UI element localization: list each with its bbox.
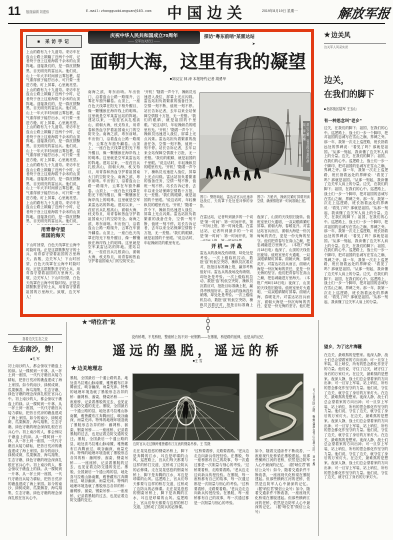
bottom-col-3: 如今，随着交通条件不断改善，一座座现代化桥梁在墨脱建起。但那些横跨江河的老桥，依… xyxy=(255,449,310,535)
article-subhead: 开 机 ＝ 开 战 xyxy=(200,243,253,250)
newspaper-page: 11 版面编辑 刘建伟 E-mail:zhongguobianguan@163.… xyxy=(0,0,393,540)
star-icon-geo: ★ xyxy=(71,366,76,372)
bottom-story-intro: 没有桥墩，不见桥桩，整座桥上找不到一丝钢筋——在墨脱，桥是路的延伸，也是兵的记忆 xyxy=(85,334,310,339)
bottom-col-1: 走在晃晃悠悠的钢索吊桥上，脚下是奔腾的江水，耳边是呼啸的山风。巡逻路上，官兵们每… xyxy=(133,449,188,535)
arrow-icon: ➤ xyxy=(252,41,255,46)
star-icon-right: ★ xyxy=(324,32,330,39)
photo-caption-1: 图①：警报响起，雷达站官兵迅速奔赴战位，天线罩下处处是冲锋的身影。 xyxy=(200,195,253,212)
poem-title-line1: 边关， xyxy=(324,74,349,86)
right-subhead-2: 望乡，为了这片海疆 xyxy=(324,344,388,350)
radar-station-photo: 高山之巅，官兵闻令奔向战位。李 明摄 xyxy=(200,93,310,192)
right-column-subtitle: 边关军人风采实录 xyxy=(324,43,386,49)
photo-caption-2: 图②：方舱内，操纵员紧盯屏幕判读空情，确保情报第一时间准确上报。 xyxy=(257,195,310,212)
article-col-b: “开机！”随着一声令下，操纵员迅速进入战位，屏幕上光点闪烁。雷达站担负着繁重的战… xyxy=(144,90,196,308)
right-column-label: 边关风 xyxy=(331,32,350,39)
road-photo xyxy=(257,374,303,440)
date-line: 2019年8月19日 星期一 xyxy=(262,9,298,14)
ornament-divider xyxy=(203,317,213,333)
right-subhead-1: 有一种思念叫“老乡” xyxy=(324,118,388,124)
main-headline: 面朝大海，这里有我的凝望 xyxy=(87,48,309,74)
photo-credit-vertical: 高山之巅，官兵闻令奔向战位。李 明摄 xyxy=(301,123,309,169)
sidebar-quote: 用青春守望 祖国的海天 xyxy=(26,228,80,240)
masthead-rule xyxy=(8,23,385,24)
shaoweijun-label: “哨位君”说 xyxy=(88,320,115,326)
sidebar-header-box: ■ 采访手记 xyxy=(26,35,82,48)
banner-line-1: 庆祝中华人民共和国成立70周年 xyxy=(88,32,200,39)
sidebar-text-2: 下山时回望，白色天线罩在云海中时隐时现。正是这群默默坚守的士兵，用青春守望着祖国… xyxy=(26,243,80,307)
poem-title-line2: 在我们的脚下 xyxy=(324,88,374,100)
main-byline: ■刘汉宝 林 涛 本报特约记者 胡勇华 xyxy=(87,77,309,82)
right-column-byline: ■北部战区陆军 王玉山 xyxy=(324,106,357,111)
bottom-story-headline: 遥远的墨脱，遥远的桥 xyxy=(85,340,310,359)
bridge-photo-caption: 边防官兵走过横跨雅鲁藏布江支流的钢索吊桥。王 雪摄 xyxy=(133,442,253,447)
right-para-1: 边关，在我们的脚下；祖国，在我们的心中。巡逻路上，战士们一步一个脚印，把对祖国的… xyxy=(324,126,388,340)
email-line: E-mail:zhongguobianguan@163.com xyxy=(86,9,151,13)
right-para-2: 在边关，最难熬的是想家。夜深人静，战士们总会望着家的方向出神；可一旦穿上军装、站… xyxy=(324,353,388,536)
editor-note: 版面编辑 刘建伟 xyxy=(26,9,49,14)
geo-column-header: ★边关地理志 xyxy=(71,365,102,372)
bottom-col-2: “过桥要看桥，走路要看路。”老兵边走边向新兵传授经验。在墨脱，每一座桥都有自己的… xyxy=(194,449,249,535)
geo-label: 边关地理志 xyxy=(77,366,102,372)
radome xyxy=(231,116,285,170)
banner-kicker: 探访“粤东前哨”某雷达站 xyxy=(204,34,308,40)
geo-column-text: 墨脱，全国最后一个通公路的县，地处喜马拉雅山脉南麓，雅鲁藏布江奔腾而过，峡谷幽深… xyxy=(70,376,128,536)
bottom-left-text: 初上南沙的人，都会惊叹于礁盘上的绿。从一棵树到一片林，从一抔土到一座园，一代代守… xyxy=(8,364,62,534)
bottom-left-headline: 生态南沙，赞！ xyxy=(8,344,62,353)
bridge-photo-art xyxy=(133,374,239,440)
bottom-left-byline: ■孔 军 xyxy=(8,356,62,361)
article-col-c1: 在雷达站，记者听到最多的一个词是“第一时间”：第一时间开机、第一时间上报、第一时… xyxy=(200,215,253,241)
page-number: 11 xyxy=(8,4,21,18)
road-photo-art xyxy=(257,374,303,440)
article-col-d: 夜深了，山顶的天线依旧旋转。值班室里灯火通明，一双双眼睛紧盯屏幕。面朝大海，春暖… xyxy=(257,215,310,308)
right-column-header: ★边关风 xyxy=(324,30,350,39)
anniversary-banner: 庆祝中华人民共和国成立70周年 —— 空军边关纪行 —— xyxy=(88,31,200,44)
newspaper-logo: 解放军报 xyxy=(335,3,393,22)
star-icon: ★ xyxy=(82,320,87,326)
banner-line-2: —— 空军边关纪行 —— xyxy=(88,39,200,43)
radar-photo-art xyxy=(200,93,310,192)
section-title: 中国边关 xyxy=(152,2,262,23)
article-col-c2: 雷达兵的战场没有硝烟，却处处是考验。一次上级临机拉动，数批“敌”机低空突防，操纵… xyxy=(200,251,253,308)
column-divider-left xyxy=(66,322,67,536)
sidebar-text-1: 上山的路有九十九道弯。采访车在盘山公路上颠簸了近两个小时，记者终于登上这座海拔千… xyxy=(26,50,80,225)
bridge-photo xyxy=(133,374,239,440)
column-divider-right xyxy=(318,320,319,536)
shaoweijun-column-header: ★“哨位君”说 xyxy=(82,318,115,326)
article-col-a: 南海之滨，粤东前哨。车出营门，沿着盘山公路一路爬升，云雾在车窗外翻卷。山顶上，一… xyxy=(88,90,140,308)
bottom-left-kicker: 喜看边关生态之变 xyxy=(8,334,62,343)
bottom-story-byline: ■王 雪 xyxy=(85,358,310,363)
